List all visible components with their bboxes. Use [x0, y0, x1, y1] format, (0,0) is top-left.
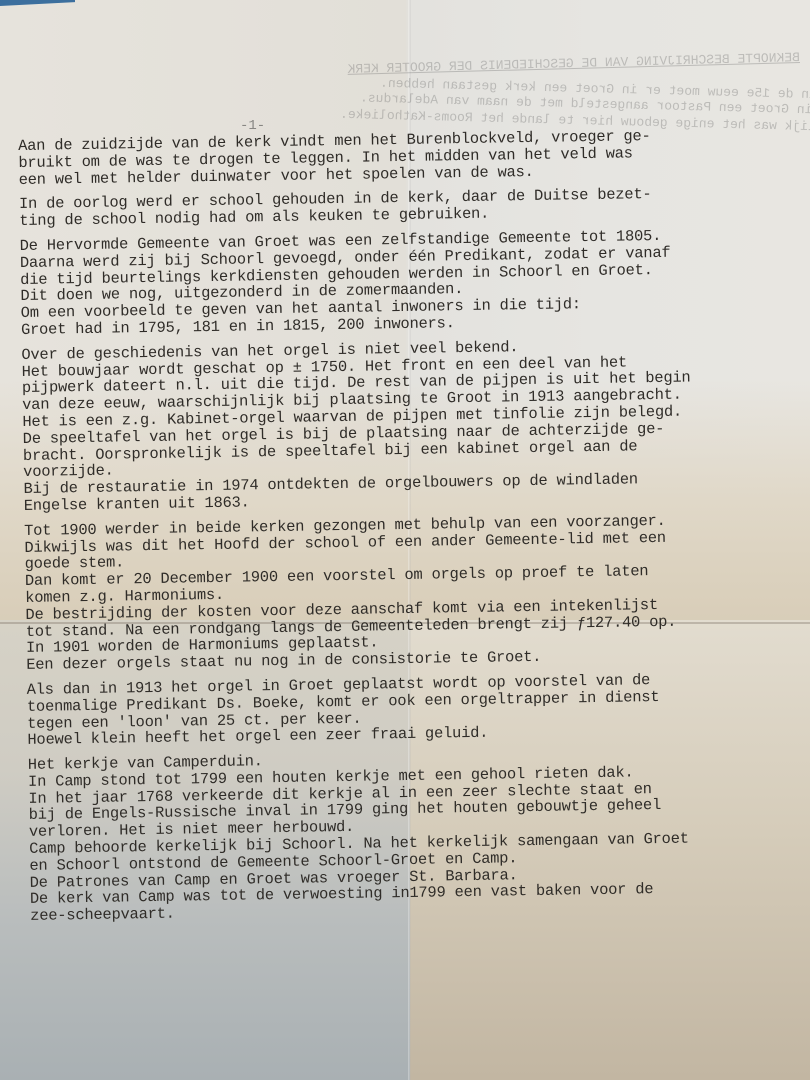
paragraph: Het kerkje van Camperduin.In Camp stond … — [28, 745, 810, 925]
paragraph: Tot 1900 werder in beide kerken gezongen… — [24, 510, 806, 673]
paragraph: Aan de zuidzijde van de kerk vindt men h… — [18, 126, 799, 189]
typewritten-text: Aan de zuidzijde van de kerk vindt men h… — [18, 126, 810, 933]
page-number: -1- — [240, 118, 265, 134]
paragraph: In de oorlog werd er school gehouden in … — [19, 184, 799, 230]
paragraph: De Hervormde Gemeente van Groet was een … — [20, 226, 801, 339]
paragraph: Als dan in 1913 het orgel in Groet gepla… — [27, 670, 808, 749]
paragraph: Over de geschiedenis van het orgel is ni… — [21, 334, 804, 514]
